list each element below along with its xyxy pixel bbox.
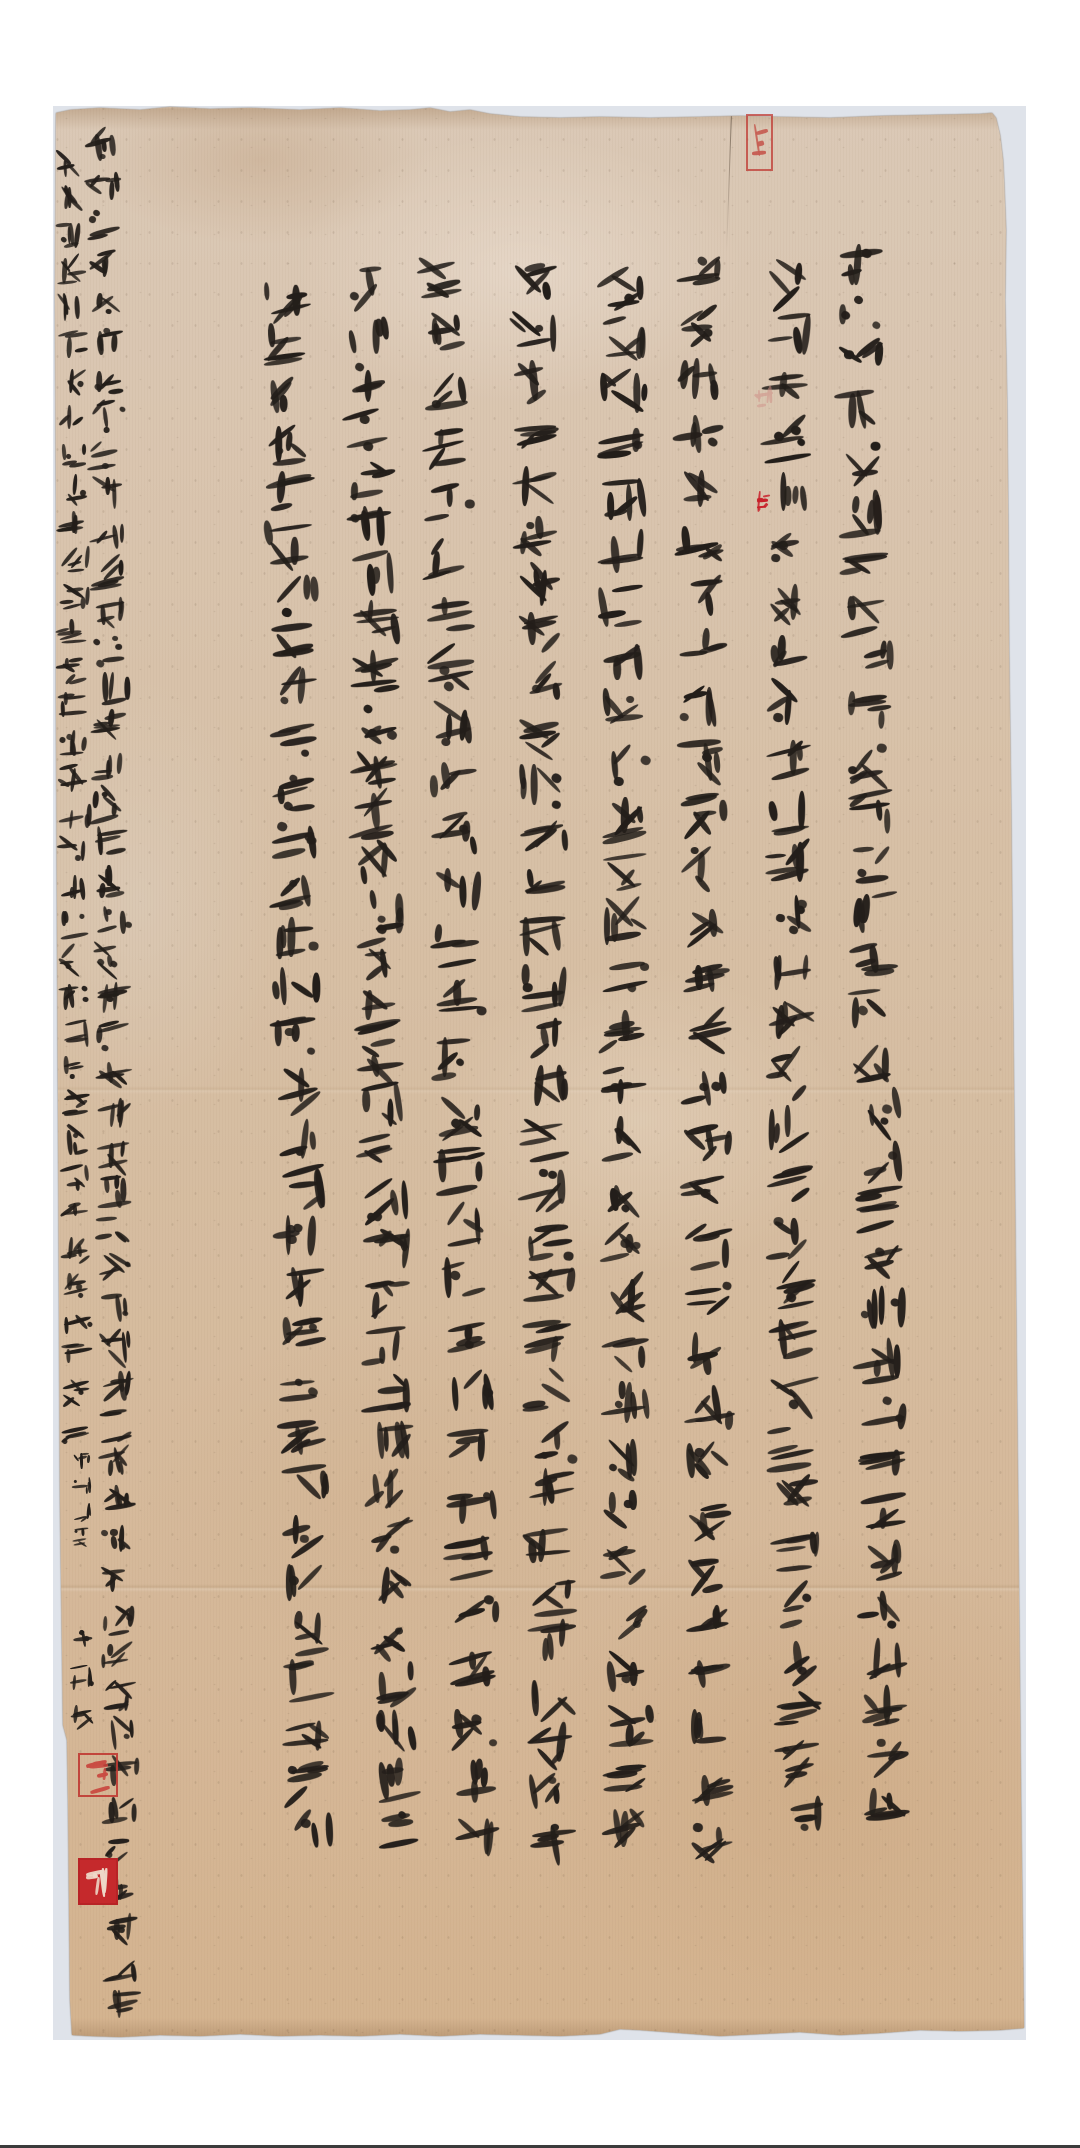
brush-stroke — [94, 1877, 100, 1896]
calligraphy-glyph: 裘 — [101, 1949, 139, 1983]
calligraphy-glyph: 以 — [855, 1385, 908, 1432]
faint-seal — [750, 375, 777, 415]
calligraphy-glyph: 不 — [87, 244, 125, 278]
calligraphy-glyph: 草 — [526, 1669, 579, 1716]
brush-stroke — [530, 764, 537, 805]
brush-stroke — [118, 1926, 125, 1933]
glyph-character: 之 — [838, 439, 891, 486]
calligraphy-glyph: 書 — [343, 502, 396, 549]
calligraphy-glyph: 以 — [601, 1274, 653, 1320]
calligraphy-glyph: 匪 — [437, 1312, 490, 1359]
calligraphy-glyph: 得 — [271, 1213, 324, 1260]
brush-stroke — [763, 494, 770, 497]
calligraphy-glyph: 恨 — [358, 1370, 411, 1417]
calligraphy-glyph: 英 — [516, 862, 569, 909]
paper-crease — [726, 112, 732, 252]
calligraphy-glyph: 宮 — [682, 1222, 734, 1268]
lead-seal — [746, 114, 773, 171]
calligraphy-glyph: 評 — [832, 240, 885, 287]
calligraphy-glyph: 復 — [97, 1562, 135, 1596]
calligraphy-glyph: 時 — [771, 1793, 823, 1839]
calligraphy-glyph: 輒 — [353, 984, 406, 1031]
calligraphy-glyph: 之 — [59, 799, 91, 829]
brush-stroke — [298, 1067, 304, 1101]
calligraphy-glyph: 古 — [844, 986, 897, 1033]
calligraphy-glyph: 以 — [280, 1460, 333, 1507]
calligraphy-glyph: 然 — [676, 790, 728, 836]
calligraphy-glyph: 敬 — [269, 916, 322, 963]
calligraphy-glyph: 者 — [834, 289, 887, 336]
brush-stroke — [522, 917, 529, 957]
calligraphy-glyph: 不 — [846, 887, 899, 934]
calligraphy-glyph: 椎 — [685, 1654, 737, 1700]
brush-stroke — [407, 1661, 413, 1680]
calligraphy-glyph: 答 — [268, 1015, 321, 1062]
calligraphy-glyph: 安 — [353, 936, 406, 983]
calligraphy-glyph: 不 — [599, 954, 651, 1000]
calligraphy-glyph: 興 — [856, 1484, 909, 1531]
calligraphy-glyph: 精 — [514, 963, 567, 1010]
brush-stroke — [286, 1564, 294, 1601]
calligraphy-glyph: 子 — [60, 1053, 92, 1083]
calligraphy-glyph: 質 — [762, 893, 814, 939]
small-red-seal — [753, 487, 773, 515]
brush-stroke — [876, 1738, 885, 1746]
main-column-3: 今不同弊所謂文質彬彬然後君子何必易雕宮於穴處反玉輅於椎輪者乎 — [673, 250, 736, 1862]
calligraphy-glyph: 記 — [757, 523, 809, 569]
trailing-column-2: 況託神仙恥崇家範以斯成學孰愈面牆後羲之往都臨行題壁子敬密拭除之輒書易其處 — [54, 148, 92, 1445]
calligraphy-glyph: 總 — [434, 1089, 487, 1136]
calligraphy-glyph: 名 — [87, 554, 125, 588]
calligraphy-glyph: 題 — [352, 1032, 405, 1079]
brush-stroke — [722, 1239, 729, 1268]
calligraphy-glyph: 三 — [765, 999, 817, 1045]
calligraphy-glyph: 草 — [519, 1064, 572, 1111]
calligraphy-glyph: 折 — [279, 1609, 332, 1656]
calligraphy-glyph: 尊 — [91, 670, 129, 704]
calligraphy-glyph: 少 — [598, 688, 650, 734]
calligraphy-glyph: 敬 — [95, 1135, 133, 1169]
calligraphy-glyph: 云 — [837, 339, 890, 386]
brush-stroke — [64, 692, 68, 705]
calligraphy-glyph: 而 — [600, 1647, 652, 1693]
calligraphy-glyph: 而 — [843, 787, 896, 834]
calligraphy-glyph: 隸 — [511, 711, 564, 758]
calligraphy-glyph: 牆 — [57, 691, 89, 721]
glyph-character: 所 — [281, 1708, 334, 1755]
calligraphy-glyph: 右 — [95, 1329, 133, 1363]
calligraphy-glyph: 真 — [420, 310, 473, 357]
calligraphy-glyph: 子 — [341, 358, 394, 405]
calligraphy-glyph: 餘 — [525, 1770, 578, 1817]
calligraphy-glyph: 神 — [53, 220, 85, 250]
brush-stroke — [292, 285, 301, 316]
calligraphy-glyph: 亦 — [87, 283, 125, 317]
calligraphy-glyph: 之 — [99, 1406, 137, 1440]
calligraphy-glyph: 私 — [71, 1452, 91, 1472]
calligraphy-glyph: 豪 — [95, 1213, 133, 1247]
calligraphy-glyph: 謂 — [346, 743, 399, 790]
calligraphy-glyph: 錄 — [353, 888, 406, 935]
calligraphy-glyph: 右 — [368, 1803, 421, 1850]
brush-stroke — [551, 800, 562, 810]
calligraphy-glyph: 必 — [346, 791, 399, 838]
brush-stroke — [75, 1180, 80, 1191]
calligraphy-glyph: 夫 — [852, 1285, 905, 1332]
calligraphy-glyph: 又 — [268, 965, 321, 1012]
calligraphy-glyph: 故 — [261, 420, 314, 467]
calligraphy-glyph: 所 — [281, 1708, 334, 1755]
brush-stroke — [274, 1021, 281, 1047]
calligraphy-glyph: 書 — [367, 1659, 420, 1706]
calligraphy-glyph: 書 — [514, 762, 567, 809]
calligraphy-glyph: 輕 — [339, 310, 392, 357]
calligraphy-glyph: 知 — [277, 1262, 330, 1309]
calligraphy-glyph: 嘗 — [343, 551, 396, 598]
calligraphy-glyph: 里 — [93, 864, 131, 898]
calligraphy-glyph: 鑒 — [280, 1758, 333, 1805]
calligraphy-glyph: 尤 — [517, 913, 570, 960]
calligraphy-glyph: 之 — [343, 454, 396, 501]
calligraphy-glyph: 體 — [518, 1115, 571, 1162]
calligraphy-glyph: 之 — [759, 311, 811, 357]
calligraphy-glyph: 學 — [57, 546, 89, 576]
calligraphy-glyph: 逮 — [847, 937, 900, 984]
calligraphy-glyph: 後 — [352, 1081, 405, 1128]
calligraphy-glyph: 勝 — [260, 519, 313, 566]
seal-characters — [756, 490, 770, 512]
brush-stroke — [453, 980, 461, 1006]
calligraphy-glyph: 子 — [95, 1096, 133, 1130]
calligraphy-glyph: 詳 — [599, 1753, 651, 1799]
calligraphy-glyph: 畢 — [104, 1988, 142, 2022]
brush-stroke — [561, 1079, 568, 1100]
calligraphy-glyph: 顯 — [89, 709, 127, 743]
calligraphy-glyph: 輒 — [60, 1270, 92, 1300]
glyph-character: 椎 — [685, 1654, 737, 1700]
calligraphy-glyph: 不 — [675, 304, 727, 350]
calligraphy-glyph: 物 — [265, 668, 318, 715]
brush-stroke — [362, 1089, 370, 1112]
trailing-column-tail: 私為不惡 — [72, 1452, 92, 1547]
calligraphy-glyph: 安 — [283, 1659, 336, 1706]
calligraphy-glyph: 之 — [358, 1177, 411, 1224]
calligraphy-glyph: 劣 — [425, 755, 478, 802]
calligraphy-glyph: 云 — [262, 371, 315, 418]
calligraphy-glyph: 筆 — [96, 1445, 134, 1479]
calligraphy-glyph: 不 — [269, 816, 322, 863]
calligraphy-glyph: 書 — [347, 695, 400, 742]
calligraphy-glyph: 卿 — [364, 1610, 417, 1657]
seal-characters — [85, 1864, 111, 1898]
calligraphy-glyph: 質 — [848, 1086, 901, 1133]
calligraphy-glyph: 然 — [767, 1476, 819, 1522]
brush-stroke — [109, 1528, 117, 1535]
brush-stroke — [102, 672, 109, 703]
calligraphy-glyph: 涉 — [429, 922, 482, 969]
brush-stroke — [106, 1644, 112, 1657]
calligraphy-glyph: 其 — [58, 1378, 90, 1408]
calligraphy-glyph: 存 — [351, 840, 404, 887]
brush-stroke — [492, 1601, 499, 1622]
calligraphy-glyph: 逸 — [597, 635, 649, 681]
calligraphy-glyph: 素 — [445, 1646, 498, 1693]
calligraphy-glyph: 恥 — [54, 293, 86, 323]
calligraphy-glyph: 雖 — [97, 1523, 135, 1557]
calligraphy-glyph: 玉 — [682, 1492, 734, 1538]
calligraphy-glyph: 常 — [764, 1423, 816, 1469]
calligraphy-glyph: 之 — [838, 439, 891, 486]
calligraphy-glyph: 此 — [275, 1510, 328, 1557]
calligraphy-glyph: 逸 — [598, 795, 650, 841]
calligraphy-glyph: 其 — [598, 1807, 650, 1853]
brush-stroke — [755, 128, 767, 135]
calligraphy-glyph: 為 — [359, 1321, 412, 1368]
calligraphy-glyph: 崇 — [57, 329, 89, 359]
calligraphy-glyph: 於 — [517, 1014, 570, 1061]
calligraphy-glyph: 以 — [57, 437, 89, 467]
calligraphy-glyph: 妍 — [852, 1235, 905, 1282]
brush-stroke — [125, 677, 131, 700]
calligraphy-glyph: 一 — [763, 787, 815, 833]
brush-stroke — [277, 787, 285, 804]
calligraphy-glyph: 卒 — [506, 308, 559, 355]
calligraphy-glyph: 軍 — [97, 1368, 135, 1402]
brush-stroke — [790, 740, 797, 775]
calligraphy-glyph: 而 — [759, 628, 811, 674]
seal-characters — [751, 121, 768, 163]
calligraphy-glyph: 不 — [94, 980, 132, 1014]
calligraphy-glyph: 身 — [88, 477, 126, 511]
brush-stroke — [119, 1544, 125, 1550]
calligraphy-glyph: 互 — [445, 1479, 498, 1526]
calligraphy-glyph: 得 — [597, 1434, 649, 1480]
calligraphy-glyph: 而 — [521, 1367, 574, 1414]
calligraphy-glyph: 工 — [514, 610, 567, 657]
artist-signature: 南禾書 — [70, 1627, 96, 1727]
brush-stroke — [719, 800, 728, 821]
brush-stroke — [300, 1534, 309, 1542]
calligraphy-glyph: 敬 — [276, 1312, 329, 1359]
calligraphy-glyph: 逸 — [523, 1417, 576, 1464]
calligraphy-glyph: 書 — [861, 1783, 914, 1830]
calligraphy-glyph: 愈 — [55, 618, 87, 648]
calligraphy-glyph: 工 — [422, 644, 475, 691]
calligraphy-glyph: 綱 — [599, 1540, 651, 1586]
calligraphy-glyph: 始 — [439, 1256, 492, 1303]
calligraphy-glyph: 專 — [426, 588, 479, 635]
calligraphy-glyph: 孰 — [57, 582, 89, 612]
brush-stroke — [538, 1168, 548, 1177]
calligraphy-glyph: 變 — [763, 1052, 815, 1098]
calligraphy-glyph: 二 — [522, 1266, 575, 1313]
calligraphy-glyph: 安 — [447, 1590, 500, 1637]
brush-stroke — [894, 1344, 901, 1377]
calligraphy-glyph: 伯 — [516, 812, 569, 859]
calligraphy-glyph: 乎 — [88, 360, 126, 394]
calligraphy-glyph: 則 — [523, 1719, 576, 1766]
calligraphy-glyph: 美 — [520, 1316, 573, 1363]
calligraphy-glyph: 惡 — [71, 1527, 91, 1547]
calligraphy-glyph: 輪 — [684, 1708, 736, 1754]
calligraphy-glyph: 往 — [56, 835, 88, 865]
brush-stroke — [550, 315, 557, 352]
calligraphy-glyph: 適 — [759, 417, 811, 463]
calligraphy-glyph: 而 — [429, 811, 482, 858]
calligraphy-glyph: 革 — [764, 1264, 816, 1310]
calligraphy-glyph: 文 — [763, 946, 815, 992]
calligraphy-glyph: 古 — [767, 1634, 819, 1680]
main-column-4: 又云子敬之不及逸少猶逸少之不及鍾張意者以為評得其綱紀而未詳其 — [594, 262, 653, 1853]
name-seal-upper — [78, 1753, 118, 1797]
calligraphy-glyph: 書 — [60, 1306, 92, 1336]
calligraphy-glyph: 乖 — [772, 1740, 824, 1786]
calligraphy-glyph: 安 — [363, 1418, 416, 1465]
brush-stroke — [724, 1410, 733, 1429]
calligraphy-glyph: 則 — [98, 1716, 136, 1750]
calligraphy-glyph: 妍 — [857, 1534, 910, 1581]
calligraphy-glyph: 且 — [511, 409, 564, 456]
brush-stroke — [768, 1109, 774, 1150]
brush-stroke — [628, 1490, 637, 1510]
calligraphy-glyph: 古 — [837, 588, 890, 635]
brush-stroke — [878, 1286, 884, 1326]
calligraphy-glyph: 答 — [257, 321, 310, 368]
calligraphy-glyph: 楷 — [101, 1678, 139, 1712]
calligraphy-glyph: 父 — [85, 205, 123, 239]
brush-stroke — [441, 597, 447, 615]
calligraphy-glyph: 草 — [423, 477, 476, 524]
brush-stroke — [886, 640, 893, 669]
brush-stroke — [876, 742, 887, 752]
calligraphy-glyph: 曾 — [93, 903, 131, 937]
brush-stroke — [312, 973, 320, 1003]
calligraphy-glyph: 面 — [56, 655, 88, 685]
calligraphy-glyph: 之 — [96, 1174, 134, 1208]
calligraphy-glyph: 淳 — [758, 681, 810, 727]
calligraphy-glyph: 猶 — [597, 741, 649, 787]
calligraphy-glyph: 其 — [597, 1487, 649, 1533]
calligraphy-glyph: 多 — [433, 978, 486, 1025]
calligraphy-glyph: 云 — [266, 618, 319, 665]
calligraphy-glyph: 同 — [672, 358, 724, 404]
calligraphy-glyph: 輅 — [683, 1546, 735, 1592]
calligraphy-glyph: 何 — [681, 1006, 733, 1052]
calligraphy-glyph: 密 — [60, 1125, 92, 1155]
calligraphy-glyph: 張 — [595, 1114, 647, 1160]
brush-stroke — [465, 499, 475, 508]
calligraphy-glyph: 意 — [596, 1167, 648, 1213]
calligraphy-glyph: 揚 — [88, 515, 126, 549]
calligraphy-glyph: 不 — [597, 528, 649, 574]
brush-stroke — [699, 1082, 709, 1091]
calligraphy-glyph: 殊 — [263, 767, 316, 814]
calligraphy-glyph: 終 — [435, 1201, 488, 1248]
calligraphy-glyph: 謂 — [674, 520, 726, 566]
brush-stroke — [784, 1105, 790, 1137]
calligraphy-glyph: 後 — [675, 844, 727, 890]
brush-stroke — [521, 964, 529, 985]
calligraphy-glyph: 理 — [767, 1370, 819, 1416]
calligraphy-glyph: 古 — [845, 1036, 898, 1083]
seal-characters — [754, 379, 773, 411]
calligraphy-glyph: 傳 — [97, 1639, 135, 1673]
calligraphy-glyph: 為 — [72, 1477, 92, 1497]
calligraphy-glyph: 騖 — [764, 1158, 816, 1204]
brush-stroke — [275, 427, 282, 463]
calligraphy-glyph: 而 — [849, 1136, 902, 1183]
calligraphy-glyph: 無 — [440, 1368, 493, 1415]
calligraphy-glyph: 今 — [846, 837, 899, 884]
calligraphy-glyph: 易 — [859, 1683, 912, 1730]
calligraphy-glyph: 那 — [274, 1163, 327, 1210]
brush-stroke — [431, 318, 437, 344]
calligraphy-glyph: 札 — [99, 1484, 137, 1518]
calligraphy-glyph: 少 — [599, 848, 651, 894]
calligraphy-glyph: 仙 — [56, 256, 88, 286]
calligraphy-glyph: 勝 — [83, 167, 121, 201]
photo-canvas: 評者云彼之四賢古今特絕而今不逮古古質而今妍夫質以代興妍因俗易雖書 契之作適以記言… — [0, 0, 1080, 2148]
calligraphy-glyph: 箕 — [101, 1910, 139, 1944]
calligraphy-glyph: 資 — [89, 632, 127, 666]
calligraphy-glyph: 如 — [369, 1755, 422, 1802]
calligraphy-glyph: 敬 — [595, 422, 647, 468]
calligraphy-glyph: 以 — [95, 1058, 133, 1092]
calligraphy-glyph: 人 — [274, 1114, 327, 1161]
calligraphy-glyph: 及 — [596, 1008, 648, 1054]
calligraphy-glyph: 元 — [507, 459, 560, 506]
brush-stroke — [814, 1796, 821, 1831]
brush-stroke — [308, 942, 318, 951]
brush-stroke — [796, 841, 804, 881]
calligraphy-glyph: 恐 — [99, 1794, 137, 1828]
calligraphy-glyph: 成 — [55, 510, 87, 540]
calligraphy-glyph: 佳 — [348, 647, 401, 694]
calligraphy-glyph: 之 — [599, 901, 651, 947]
calligraphy-glyph: 貴 — [768, 1529, 820, 1575]
calligraphy-glyph: 禾 — [69, 1664, 95, 1690]
calligraphy-glyph: 善 — [446, 1702, 499, 1749]
calligraphy-glyph: 問 — [362, 1514, 415, 1561]
calligraphy-glyph: 者 — [683, 1762, 735, 1808]
calligraphy-glyph: 穴 — [678, 1330, 730, 1376]
calligraphy-glyph: 紀 — [599, 1594, 651, 1640]
calligraphy-glyph: 母 — [89, 787, 127, 821]
calligraphy-glyph: 擬 — [524, 1619, 577, 1666]
calligraphy-glyph: 爾 — [268, 866, 321, 913]
calligraphy-glyph: 小 — [428, 700, 481, 747]
calligraphy-glyph: 四 — [837, 488, 890, 535]
calligraphy-glyph: 過 — [87, 322, 125, 356]
calligraphy-glyph: 參 — [91, 942, 129, 976]
calligraphy-glyph: 謝 — [443, 1535, 496, 1582]
calligraphy-glyph: 其 — [433, 1145, 486, 1192]
calligraphy-glyph: 事 — [90, 593, 128, 627]
calligraphy-glyph: 後 — [55, 727, 87, 757]
calligraphy-glyph: 入 — [91, 1019, 129, 1053]
glyph-character: 小 — [428, 700, 481, 747]
calligraphy-glyph: 馳 — [763, 1105, 815, 1151]
calligraphy-glyph: 代 — [856, 1434, 909, 1481]
brush-stroke — [776, 913, 785, 922]
brush-stroke — [80, 1453, 83, 1469]
calligraphy-glyph: 兼 — [520, 1518, 573, 1565]
calligraphy-glyph: 除 — [58, 1197, 90, 1227]
calligraphy-glyph: 特 — [841, 688, 894, 735]
glyph-character: 妍 — [852, 1235, 905, 1282]
calligraphy-glyph: 之 — [526, 1568, 579, 1615]
calligraphy-glyph: 不 — [73, 1502, 93, 1522]
